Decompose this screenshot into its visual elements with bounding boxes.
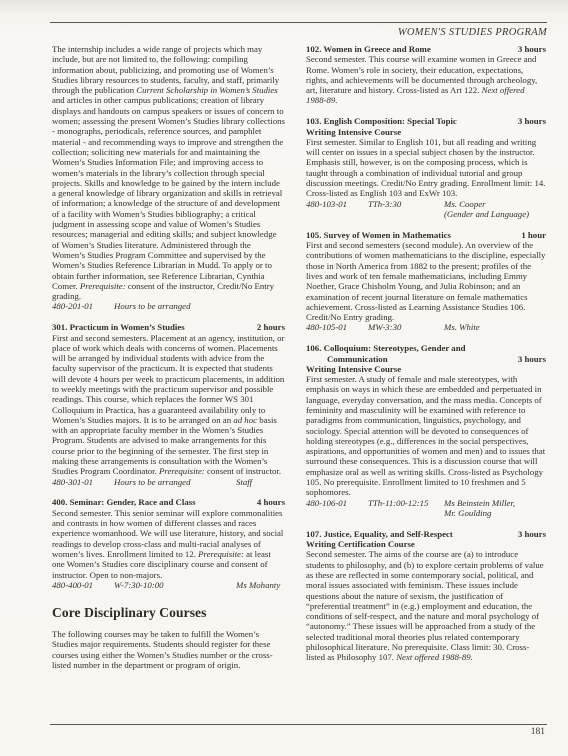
- schedule-line-301: 480-301-01 Hours to be arranged Staff: [52, 477, 285, 487]
- course-title: 107. Justice, Equality, and Self-Respect: [306, 529, 453, 539]
- course-time: Hours to be arranged: [114, 477, 236, 487]
- internship-paragraph: The internship includes a wide range of …: [52, 44, 285, 301]
- catalog-page: WOMEN'S STUDIES PROGRAM The internship i…: [0, 0, 568, 756]
- course-hours: 3 hours: [508, 354, 546, 364]
- course-301: 301. Practicum in Women’s Studies 2 hour…: [52, 322, 285, 487]
- course-hours: 3 hours: [508, 529, 546, 539]
- course-instructor: Ms Mohanty: [236, 580, 280, 590]
- course-106: 106. Colloquium: Stereotypes, Gender and…: [306, 343, 546, 518]
- course-description: First and second semesters (second modul…: [306, 240, 546, 322]
- course-103: 103. English Composition: Special Topic …: [306, 116, 546, 219]
- course-title: 105. Survey of Women in Mathematics: [306, 230, 451, 240]
- page-number: 181: [531, 727, 545, 737]
- course-heading: 103. English Composition: Special Topic …: [306, 116, 546, 126]
- course-description: Second semester. This course will examin…: [306, 54, 546, 105]
- course-instructor: Ms. White: [444, 322, 480, 332]
- left-column: The internship includes a wide range of …: [52, 44, 285, 720]
- course-description: First semester. A study of female and ma…: [306, 374, 546, 498]
- footer-rule: [50, 724, 547, 725]
- course-105: 105. Survey of Women in Mathematics 1 ho…: [306, 230, 546, 333]
- course-heading: 400. Seminar: Gender, Race and Class 4 h…: [52, 497, 285, 507]
- course-title: 103. English Composition: Special Topic: [306, 116, 457, 126]
- course-code: 480-201-01: [52, 301, 114, 311]
- course-hours: 4 hours: [247, 497, 285, 507]
- course-code: 480-105-01: [306, 322, 368, 332]
- course-title: 102. Women in Greece and Rome: [306, 44, 431, 54]
- course-subtitle: Writing Intensive Course: [306, 364, 546, 374]
- schedule-line-400: 480-400-01 W-7:30-10:00 Ms Mohanty: [52, 580, 285, 590]
- course-hours: 1 hour: [511, 230, 546, 240]
- course-subtitle: Writing Intensive Course: [306, 127, 546, 137]
- course-title: 301. Practicum in Women’s Studies: [52, 322, 185, 332]
- schedule-line-106: 480-106-01 TTh-11:00-12:15 Ms Beinstein …: [306, 498, 546, 519]
- course-time: W-7:30-10:00: [114, 580, 236, 590]
- course-heading: 301. Practicum in Women’s Studies 2 hour…: [52, 322, 285, 332]
- course-code: 480-301-01: [52, 477, 114, 487]
- course-heading: 102. Women in Greece and Rome 3 hours: [306, 44, 546, 54]
- course-subtitle: Writing Certification Course: [306, 539, 546, 549]
- schedule-line-201: 480-201-01 Hours to be arranged: [52, 301, 285, 311]
- course-title: 106. Colloquium: Stereotypes, Gender and…: [306, 343, 508, 364]
- header-rule: [50, 22, 547, 23]
- course-hours: 2 hours: [247, 322, 285, 332]
- course-instructor: Staff: [236, 477, 252, 487]
- course-heading: 107. Justice, Equality, and Self-Respect…: [306, 529, 546, 539]
- page-header-title: WOMEN'S STUDIES PROGRAM: [398, 27, 547, 38]
- course-description: First and second semesters. Placement at…: [52, 333, 285, 477]
- course-code: 480-106-01: [306, 498, 368, 519]
- section-heading-core-disciplinary-courses: Core Disciplinary Courses: [52, 605, 285, 620]
- course-instructor: Ms. Cooper (Gender and Language): [444, 199, 529, 220]
- course-time: MW-3:30: [368, 322, 444, 332]
- course-instructor: Ms Beinstein Miller, Mr. Goulding: [444, 498, 515, 519]
- course-description: Second semester. The aims of the course …: [306, 549, 546, 662]
- section-intro-paragraph: The following courses may be taken to fu…: [52, 629, 285, 670]
- course-hours: 3 hours: [508, 44, 546, 54]
- course-time: TTh-11:00-12:15: [368, 498, 444, 519]
- course-time: TTh-3:30: [368, 199, 444, 220]
- schedule-line-103: 480-103-01 TTh-3:30 Ms. Cooper (Gender a…: [306, 199, 546, 220]
- course-code: 480-400-01: [52, 580, 114, 590]
- course-time: Hours to be arranged: [114, 301, 236, 311]
- course-title: 400. Seminar: Gender, Race and Class: [52, 497, 196, 507]
- course-102: 102. Women in Greece and Rome 3 hours Se…: [306, 44, 546, 106]
- page-content: The internship includes a wide range of …: [52, 44, 546, 720]
- course-400: 400. Seminar: Gender, Race and Class 4 h…: [52, 497, 285, 590]
- course-description: Second semester. This senior seminar wil…: [52, 508, 285, 580]
- course-hours: 3 hours: [508, 116, 546, 126]
- course-heading: 106. Colloquium: Stereotypes, Gender and…: [306, 343, 546, 364]
- schedule-line-105: 480-105-01 MW-3:30 Ms. White: [306, 322, 546, 332]
- course-heading: 105. Survey of Women in Mathematics 1 ho…: [306, 230, 546, 240]
- course-107: 107. Justice, Equality, and Self-Respect…: [306, 529, 546, 663]
- course-code: 480-103-01: [306, 199, 368, 220]
- right-column: 102. Women in Greece and Rome 3 hours Se…: [306, 44, 546, 720]
- course-description: First semester. Similar to English 101, …: [306, 137, 546, 199]
